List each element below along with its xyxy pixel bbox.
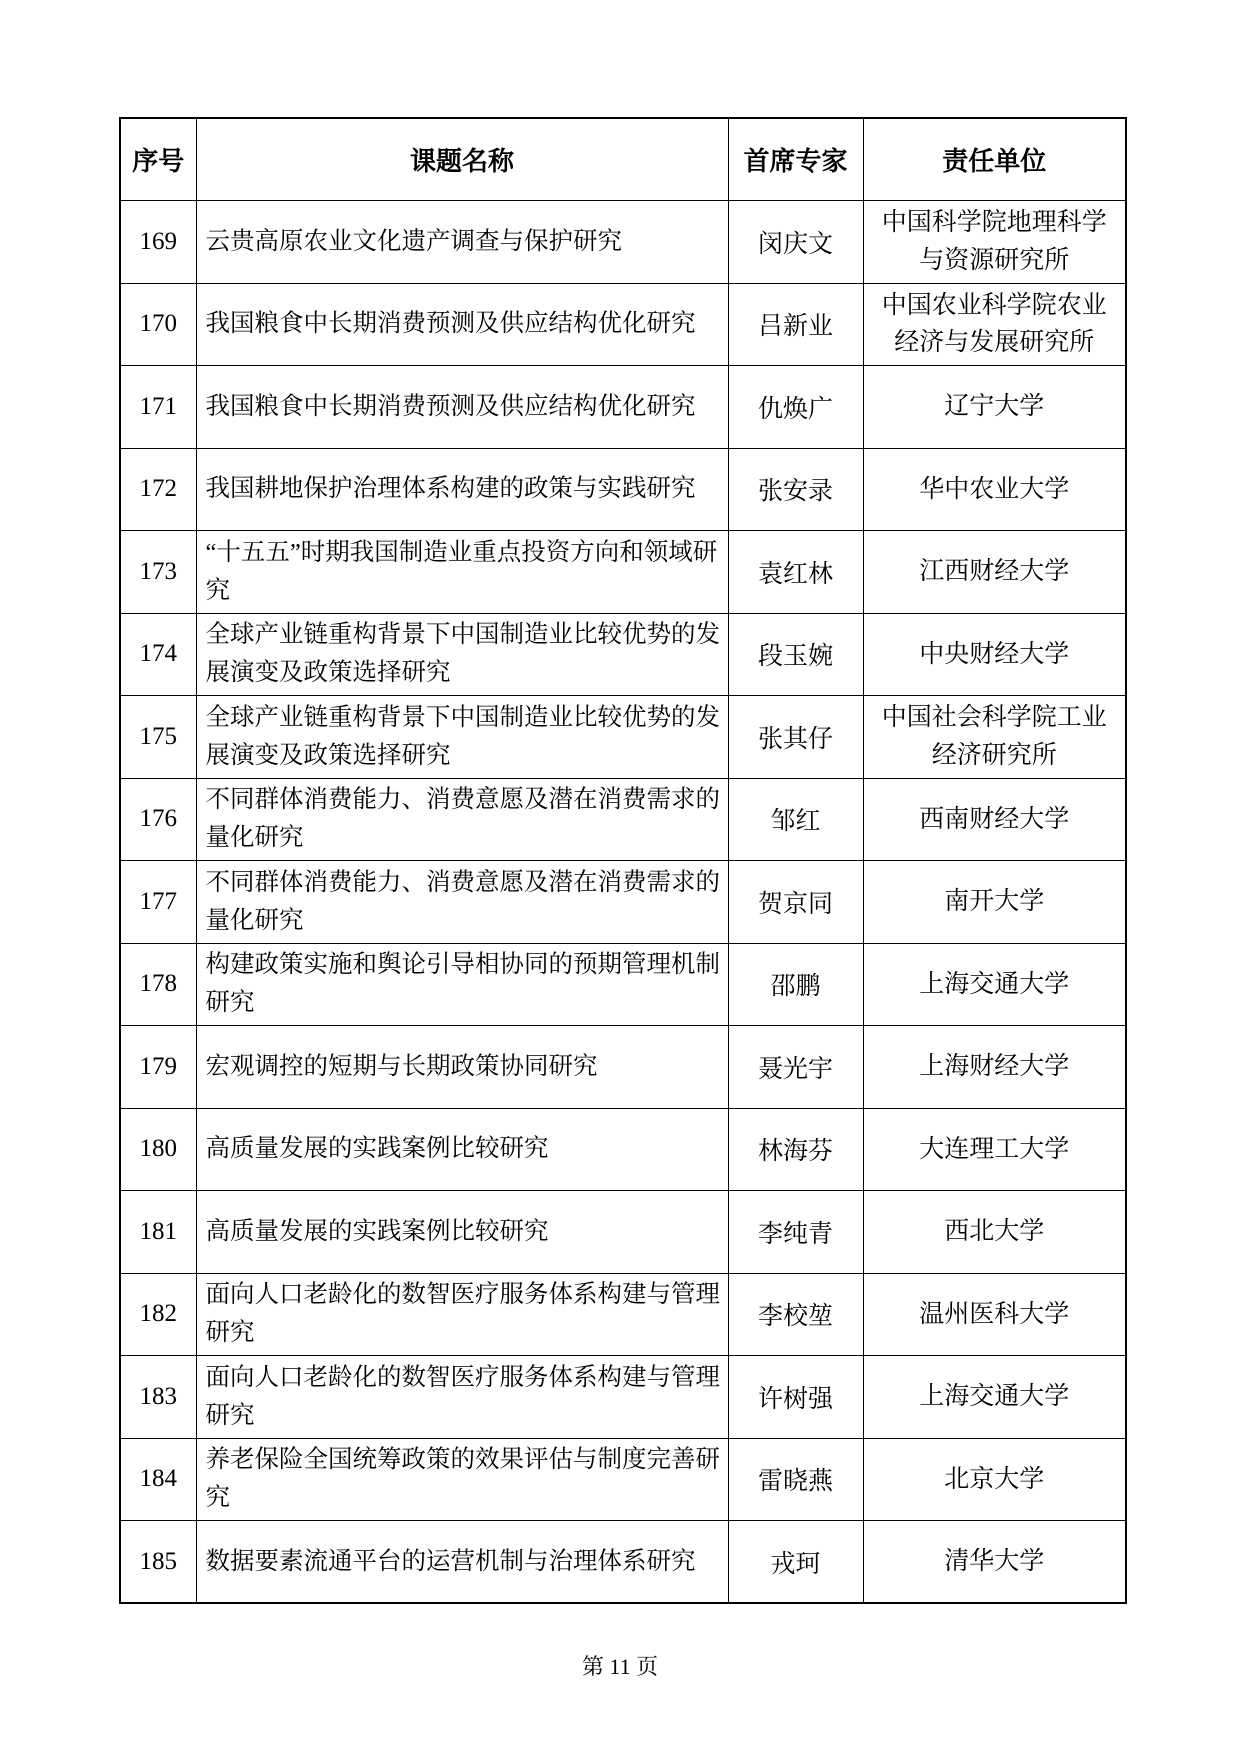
cell-expert: 袁红林	[728, 531, 863, 614]
cell-no: 184	[120, 1438, 196, 1521]
cell-title: 高质量发展的实践案例比较研究	[196, 1108, 728, 1191]
cell-title: 我国耕地保护治理体系构建的政策与实践研究	[196, 448, 728, 531]
cell-no: 176	[120, 778, 196, 861]
cell-unit: 清华大学	[863, 1521, 1126, 1604]
table-row: 170 我国粮食中长期消费预测及供应结构优化研究 吕新业 中国农业科学院农业经济…	[120, 283, 1126, 366]
cell-title: “十五五”时期我国制造业重点投资方向和领域研究	[196, 531, 728, 614]
cell-unit: 温州医科大学	[863, 1273, 1126, 1356]
cell-expert: 吕新业	[728, 283, 863, 366]
cell-unit: 华中农业大学	[863, 448, 1126, 531]
cell-unit: 中央财经大学	[863, 613, 1126, 696]
cell-no: 179	[120, 1026, 196, 1109]
cell-title: 数据要素流通平台的运营机制与治理体系研究	[196, 1521, 728, 1604]
cell-unit: 西南财经大学	[863, 778, 1126, 861]
cell-title: 宏观调控的短期与长期政策协同研究	[196, 1026, 728, 1109]
cell-no: 170	[120, 283, 196, 366]
table-row: 175 全球产业链重构背景下中国制造业比较优势的发展演变及政策选择研究 张其仔 …	[120, 696, 1126, 779]
cell-no: 175	[120, 696, 196, 779]
cell-expert: 戎珂	[728, 1521, 863, 1604]
cell-title: 面向人口老龄化的数智医疗服务体系构建与管理研究	[196, 1273, 728, 1356]
header-cell-topic: 课题名称	[196, 118, 728, 201]
cell-unit: 中国社会科学院工业经济研究所	[863, 696, 1126, 779]
cell-expert: 张安录	[728, 448, 863, 531]
header-cell-expert: 首席专家	[728, 118, 863, 201]
cell-no: 172	[120, 448, 196, 531]
table-row: 172 我国耕地保护治理体系构建的政策与实践研究 张安录 华中农业大学	[120, 448, 1126, 531]
cell-no: 180	[120, 1108, 196, 1191]
cell-no: 177	[120, 861, 196, 944]
projects-table: 序号 课题名称 首席专家 责任单位 169 云贵高原农业文化遗产调查与保护研究 …	[119, 117, 1127, 1604]
cell-unit: 上海交通大学	[863, 1356, 1126, 1439]
cell-expert: 聂光宇	[728, 1026, 863, 1109]
cell-title: 全球产业链重构背景下中国制造业比较优势的发展演变及政策选择研究	[196, 696, 728, 779]
cell-unit: 大连理工大学	[863, 1108, 1126, 1191]
table-row: 178 构建政策实施和舆论引导相协同的预期管理机制研究 邵鹏 上海交通大学	[120, 943, 1126, 1026]
cell-unit: 上海财经大学	[863, 1026, 1126, 1109]
table-body: 169 云贵高原农业文化遗产调查与保护研究 闵庆文 中国科学院地理科学与资源研究…	[120, 201, 1126, 1604]
cell-expert: 仇焕广	[728, 366, 863, 449]
cell-title: 云贵高原农业文化遗产调查与保护研究	[196, 201, 728, 284]
cell-title: 我国粮食中长期消费预测及供应结构优化研究	[196, 283, 728, 366]
cell-expert: 许树强	[728, 1356, 863, 1439]
document-page: 序号 课题名称 首席专家 责任单位 169 云贵高原农业文化遗产调查与保护研究 …	[0, 0, 1240, 1755]
cell-expert: 邵鹏	[728, 943, 863, 1026]
header-cell-serial: 序号	[120, 118, 196, 201]
cell-expert: 张其仔	[728, 696, 863, 779]
page-footer: 第 11 页	[0, 1650, 1240, 1681]
cell-unit: 北京大学	[863, 1438, 1126, 1521]
table-row: 173 “十五五”时期我国制造业重点投资方向和领域研究 袁红林 江西财经大学	[120, 531, 1126, 614]
cell-unit: 中国农业科学院农业经济与发展研究所	[863, 283, 1126, 366]
cell-title: 构建政策实施和舆论引导相协同的预期管理机制研究	[196, 943, 728, 1026]
table-row: 181 高质量发展的实践案例比较研究 李纯青 西北大学	[120, 1191, 1126, 1274]
table-header-row: 序号 课题名称 首席专家 责任单位	[120, 118, 1126, 201]
cell-no: 171	[120, 366, 196, 449]
table-row: 185 数据要素流通平台的运营机制与治理体系研究 戎珂 清华大学	[120, 1521, 1126, 1604]
cell-unit: 南开大学	[863, 861, 1126, 944]
cell-unit: 西北大学	[863, 1191, 1126, 1274]
cell-title: 不同群体消费能力、消费意愿及潜在消费需求的量化研究	[196, 861, 728, 944]
cell-title: 面向人口老龄化的数智医疗服务体系构建与管理研究	[196, 1356, 728, 1439]
cell-no: 169	[120, 201, 196, 284]
table-row: 176 不同群体消费能力、消费意愿及潜在消费需求的量化研究 邹红 西南财经大学	[120, 778, 1126, 861]
cell-expert: 李纯青	[728, 1191, 863, 1274]
cell-no: 185	[120, 1521, 196, 1604]
cell-no: 181	[120, 1191, 196, 1274]
table-row: 177 不同群体消费能力、消费意愿及潜在消费需求的量化研究 贺京同 南开大学	[120, 861, 1126, 944]
cell-unit: 辽宁大学	[863, 366, 1126, 449]
cell-unit: 上海交通大学	[863, 943, 1126, 1026]
cell-expert: 闵庆文	[728, 201, 863, 284]
cell-expert: 段玉婉	[728, 613, 863, 696]
cell-title: 养老保险全国统筹政策的效果评估与制度完善研究	[196, 1438, 728, 1521]
table-row: 174 全球产业链重构背景下中国制造业比较优势的发展演变及政策选择研究 段玉婉 …	[120, 613, 1126, 696]
cell-no: 173	[120, 531, 196, 614]
table-row: 180 高质量发展的实践案例比较研究 林海芬 大连理工大学	[120, 1108, 1126, 1191]
cell-no: 174	[120, 613, 196, 696]
cell-expert: 贺京同	[728, 861, 863, 944]
table-row: 182 面向人口老龄化的数智医疗服务体系构建与管理研究 李校堃 温州医科大学	[120, 1273, 1126, 1356]
cell-title: 全球产业链重构背景下中国制造业比较优势的发展演变及政策选择研究	[196, 613, 728, 696]
table-row: 171 我国粮食中长期消费预测及供应结构优化研究 仇焕广 辽宁大学	[120, 366, 1126, 449]
cell-no: 183	[120, 1356, 196, 1439]
header-cell-unit: 责任单位	[863, 118, 1126, 201]
table-row: 169 云贵高原农业文化遗产调查与保护研究 闵庆文 中国科学院地理科学与资源研究…	[120, 201, 1126, 284]
cell-unit: 江西财经大学	[863, 531, 1126, 614]
cell-no: 178	[120, 943, 196, 1026]
cell-title: 我国粮食中长期消费预测及供应结构优化研究	[196, 366, 728, 449]
table-row: 184 养老保险全国统筹政策的效果评估与制度完善研究 雷晓燕 北京大学	[120, 1438, 1126, 1521]
table-row: 183 面向人口老龄化的数智医疗服务体系构建与管理研究 许树强 上海交通大学	[120, 1356, 1126, 1439]
cell-expert: 邹红	[728, 778, 863, 861]
cell-expert: 李校堃	[728, 1273, 863, 1356]
cell-unit: 中国科学院地理科学与资源研究所	[863, 201, 1126, 284]
cell-expert: 林海芬	[728, 1108, 863, 1191]
cell-title: 高质量发展的实践案例比较研究	[196, 1191, 728, 1274]
table-row: 179 宏观调控的短期与长期政策协同研究 聂光宇 上海财经大学	[120, 1026, 1126, 1109]
cell-title: 不同群体消费能力、消费意愿及潜在消费需求的量化研究	[196, 778, 728, 861]
cell-expert: 雷晓燕	[728, 1438, 863, 1521]
cell-no: 182	[120, 1273, 196, 1356]
